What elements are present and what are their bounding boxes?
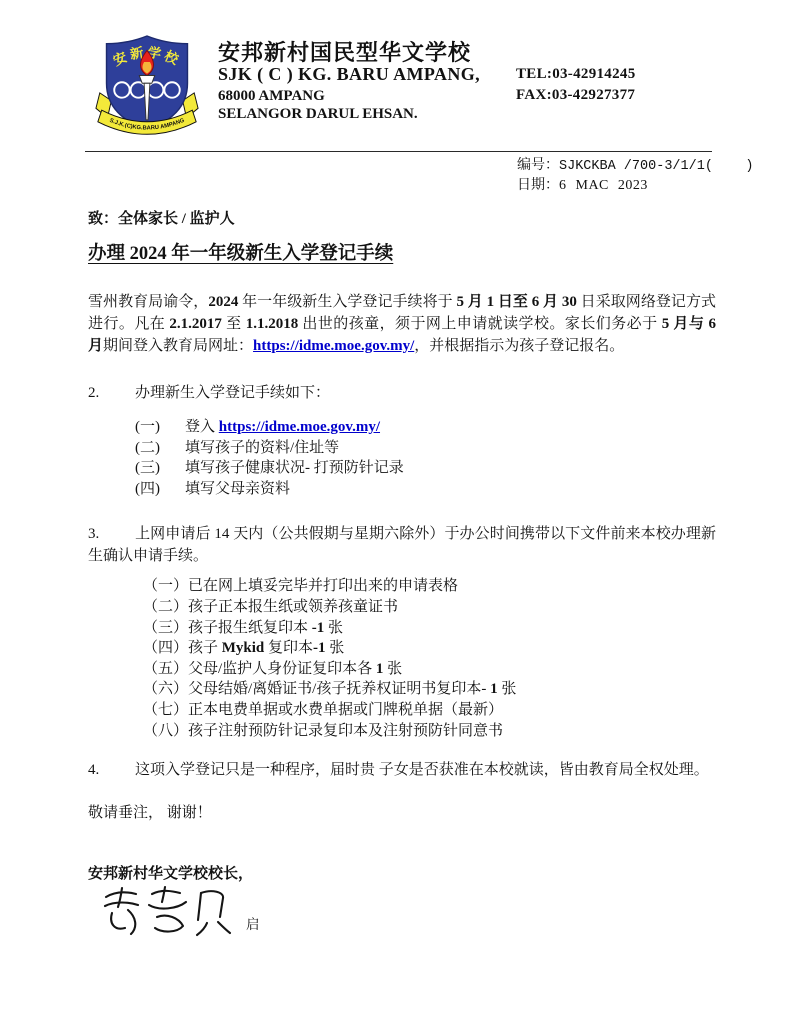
text-segment: （八）孩子注射预防针记录复印本及注射预防针同意书: [143, 723, 503, 739]
header-divider: [85, 151, 712, 152]
registration-url-link[interactable]: https://idme.moe.gov.my/: [253, 338, 414, 354]
ref-number-row: 编号：SJKCKBA /700-3/1/1( ): [517, 156, 753, 176]
date-label: 日期：: [517, 178, 559, 193]
section3-number: 3.: [88, 523, 135, 545]
text-segment: 张: [326, 640, 345, 656]
text-segment: 5 月 1 日至 6 月 30: [456, 294, 576, 310]
registration-url-link[interactable]: https://idme.moe.gov.my/: [219, 419, 380, 435]
list-item: （八）孩子注射预防针记录复印本及注射预防针同意书: [143, 721, 716, 742]
text-segment: 张: [383, 661, 402, 677]
item-text: 登入 https://idme.moe.gov.my/: [185, 417, 380, 438]
addressee-line: 致：全体家长 / 监护人: [88, 207, 716, 228]
date-row: 日期：6 MAC 2023: [517, 176, 753, 195]
item-number: (二): [135, 438, 185, 459]
item-number: (四): [135, 479, 185, 500]
item-text: 填写孩子的资料/住址等: [185, 438, 339, 459]
school-state: SELANGOR DARUL EHSAN.: [218, 106, 418, 123]
item-number: (三): [135, 458, 185, 479]
date-value: 6 MAC 2023: [559, 178, 648, 193]
list-item: （七）正本电费单据或水费单据或门牌税单据（最新）: [143, 700, 716, 721]
text-segment: （一）已在网上填妥完毕并打印出来的申请表格: [143, 578, 458, 594]
text-segment: 至: [222, 316, 246, 332]
handwritten-signature-icon: [98, 885, 243, 937]
section3-heading-text: 上网申请后 14 天内（公共假期与星期六除外）于办公时间携带以下文件前来本校办理…: [88, 526, 716, 564]
list-item: （一）已在网上填妥完毕并打印出来的申请表格: [143, 576, 716, 597]
ref-value: SJKCKBA /700-3/1/1( ): [559, 159, 753, 174]
text-segment: 期间登入教育局网址：: [103, 338, 253, 354]
meta-block: 编号：SJKCKBA /700-3/1/1( ) 日期：6 MAC 2023: [517, 156, 753, 195]
text-segment: 2024: [208, 294, 238, 310]
text-segment: （五）父母/监护人身份证复印本各: [143, 661, 376, 677]
paragraph-1: 雪州教育局谕令，2024 年一年级新生入学登记手续将于 5 月 1 日至 6 月…: [88, 291, 716, 357]
text-segment: 填写孩子健康状况- 打预防针记录: [185, 460, 404, 476]
text-segment: 复印本: [264, 640, 313, 656]
section3-heading: 3.上网申请后 14 天内（公共假期与星期六除外）于办公时间携带以下文件前来本校…: [88, 523, 716, 567]
item-number: (一): [135, 417, 185, 438]
text-segment: 1: [490, 681, 498, 697]
school-tel: TEL:03-42914245: [516, 66, 636, 83]
signature-block: 启: [98, 885, 716, 937]
section2-heading-text: 办理新生入学登记手续如下：: [135, 385, 330, 401]
text-segment: -1: [312, 620, 325, 636]
section4-paragraph: 4.这项入学登记只是一种程序，届时贵 子女是否获准在本校就读，皆由教育局全权处理…: [88, 759, 716, 781]
section2-list: (一)登入 https://idme.moe.gov.my/(二)填写孩子的资料…: [135, 417, 716, 499]
text-segment: -1: [313, 640, 326, 656]
text-segment: Mykid: [222, 640, 265, 656]
section2-number: 2.: [88, 383, 135, 404]
ref-label: 编号：: [517, 158, 559, 173]
text-segment: 张: [324, 620, 343, 636]
list-item: （三）孩子报生纸复印本 -1 张: [143, 618, 716, 639]
section4-number: 4.: [88, 759, 135, 781]
text-segment: 填写孩子的资料/住址等: [185, 440, 339, 456]
text-segment: （三）孩子报生纸复印本: [143, 620, 312, 636]
list-item: (二)填写孩子的资料/住址等: [135, 438, 716, 459]
list-item: (一)登入 https://idme.moe.gov.my/: [135, 417, 716, 438]
list-item: （六）父母结婚/离婚证书/孩子抚养权证明书复印本- 1 张: [143, 679, 716, 700]
school-name-en: SJK ( C ) KG. BARU AMPANG,: [218, 64, 480, 85]
item-text: 填写孩子健康状况- 打预防针记录: [185, 458, 404, 479]
list-item: （四）孩子 Mykid 复印本-1 张: [143, 638, 716, 659]
text-segment: ，并根据指示为孩子登记报名。: [414, 338, 624, 354]
text-segment: 登入: [185, 419, 219, 435]
text-segment: （四）孩子: [143, 640, 222, 656]
school-postcode-city: 68000 AMPANG: [218, 88, 325, 105]
section4-text: 这项入学登记只是一种程序，届时贵 子女是否获准在本校就读，皆由教育局全权处理。: [135, 762, 709, 778]
text-segment: （二）孩子正本报生纸或领养孩童证书: [143, 599, 398, 615]
text-segment: 2.1.2017: [169, 316, 222, 332]
text-segment: 张: [498, 681, 517, 697]
section3-list: （一）已在网上填妥完毕并打印出来的申请表格（二）孩子正本报生纸或领养孩童证书（三…: [143, 576, 716, 741]
text-segment: 1.1.2018: [246, 316, 299, 332]
text-segment: 年一年级新生入学登记手续将于: [238, 294, 456, 310]
closing-line: 敬请垂注， 谢谢！: [88, 801, 716, 822]
signoff-line: 安邦新村华文学校校长，: [88, 862, 716, 883]
list-item: (三)填写孩子健康状况- 打预防针记录: [135, 458, 716, 479]
school-name-cn: 安邦新村国民型华文学校: [218, 36, 471, 67]
text-segment: （七）正本电费单据或水费单据或门牌税单据（最新）: [143, 702, 503, 718]
list-item: （五）父母/监护人身份证复印本各 1 张: [143, 659, 716, 680]
text-segment: （六）父母结婚/离婚证书/孩子抚养权证明书复印本-: [143, 681, 490, 697]
letter-page: 安新学校 S.J.K.(C)KG.BARU AMPANG 安邦新村国民型华文学校…: [0, 0, 792, 1024]
text-segment: 雪州教育局谕令，: [88, 294, 208, 310]
section2-heading: 2.办理新生入学登记手续如下：: [88, 383, 716, 404]
letter-body: 致：全体家长 / 监护人 办理 2024 年一年级新生入学登记手续 雪州教育局谕…: [88, 207, 716, 937]
item-text: 填写父母亲资料: [185, 479, 290, 500]
school-fax: FAX:03-42927377: [516, 87, 635, 104]
text-segment: 填写父母亲资料: [185, 481, 290, 497]
list-item: (四)填写父母亲资料: [135, 479, 716, 500]
signature-suffix: 启: [246, 913, 260, 937]
text-segment: 出世的孩童，须于网上申请就读学校。家长们务必于: [298, 316, 661, 332]
letter-title: 办理 2024 年一年级新生入学登记手续: [88, 239, 716, 265]
list-item: （二）孩子正本报生纸或领养孩童证书: [143, 597, 716, 618]
school-crest-icon: 安新学校 S.J.K.(C)KG.BARU AMPANG: [94, 33, 200, 145]
